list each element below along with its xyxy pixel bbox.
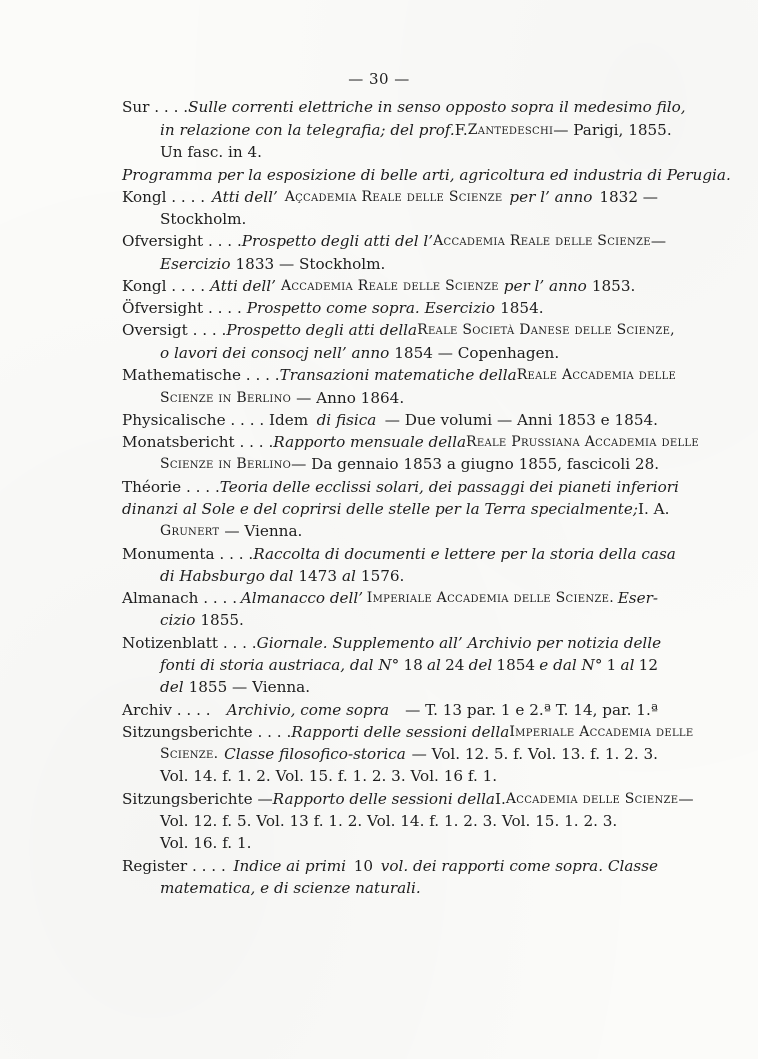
roman-text: I. A.: [638, 498, 669, 520]
italic-text: di Habsburgo dal: [160, 565, 293, 587]
italic-text: Eser-: [618, 587, 658, 609]
italic-text: Atti dell’: [212, 186, 278, 208]
roman-text: 1855 — Vienna.: [189, 676, 311, 698]
roman-text: 1854: [496, 654, 535, 676]
entry-line: Register . . . .Indice ai primi10vol. de…: [122, 855, 658, 877]
small-caps-text: Zantedeschi: [468, 119, 553, 141]
entry-line: dinanzi al Sole e del coprirsi delle ste…: [122, 498, 658, 520]
roman-text: Sur . . . .: [122, 96, 188, 118]
entry-line: Théorie . . . .Teoria delle ecclissi sol…: [122, 476, 658, 498]
italic-text: Almanacco dell’: [241, 587, 363, 609]
roman-text: 1576.: [361, 565, 404, 587]
italic-text: al: [427, 654, 441, 676]
italic-text: Rapporto mensuale della: [273, 431, 466, 453]
roman-text: Vol. 16. f. 1.: [160, 832, 251, 854]
small-caps-text: Reale Prussiana Accademia delle: [466, 431, 699, 453]
roman-text: Almanach . . . .: [122, 587, 237, 609]
scanned-page: — 30 — Sur . . . .Sulle correnti elettri…: [0, 0, 758, 1059]
italic-text: Teoria delle ecclissi solari, dei passag…: [220, 476, 679, 498]
entry-continuation-line: Scienze.Classe filosofico-storica— Vol. …: [160, 743, 658, 765]
roman-text: 1854 — Copenhagen.: [394, 342, 559, 364]
entry-continuation-line: Vol. 16. f. 1.: [160, 832, 658, 854]
roman-text: Vol. 12. f. 5. Vol. 13 f. 1. 2. Vol. 14.…: [160, 810, 617, 832]
roman-text: Register . . . .: [122, 855, 226, 877]
entry-continuation-line: Scienze in Berlino— Anno 1864.: [160, 387, 658, 409]
entry-line: Mathematische . . . .Transazioni matemat…: [122, 364, 658, 386]
entry-continuation-line: del1855 — Vienna.: [160, 676, 658, 698]
small-caps-text: Accademia Reale delle Scienze: [433, 230, 651, 252]
roman-text: Sitzungsberichte —: [122, 788, 273, 810]
entry-line: Sitzungsberichte . . . .Rapporti delle s…: [122, 721, 658, 743]
italic-text: dinanzi al Sole e del coprirsi delle ste…: [122, 498, 638, 520]
small-caps-text: Reale Accademia delle: [517, 364, 676, 386]
roman-text: 1855.: [200, 609, 243, 631]
italic-text: per l’ anno: [509, 186, 592, 208]
roman-text: Kongl . . . .: [122, 275, 205, 297]
entry-continuation-line: di Habsburgo dal1473al1576.: [160, 565, 658, 587]
italic-text: Rapporti delle sessioni della: [291, 721, 509, 743]
roman-text: 12: [639, 654, 658, 676]
italic-text: del: [469, 654, 493, 676]
italic-text: Giornale. Supplemento all’ Archivio per …: [257, 632, 662, 654]
entry-line: Monatsbericht . . . .Rapporto mensuale d…: [122, 431, 658, 453]
italic-text: di fisica: [317, 409, 377, 431]
entry-continuation-line: Un fasc. in 4.: [160, 141, 658, 163]
small-caps-text: Accademia delle Scienze: [506, 788, 679, 810]
entry-continuation-line: Vol. 12. f. 5. Vol. 13 f. 1. 2. Vol. 14.…: [160, 810, 658, 832]
roman-text: Vol. 14. f. 1. 2. Vol. 15. f. 1. 2. 3. V…: [160, 765, 497, 787]
italic-text: Programma per la esposizione di belle ar…: [122, 164, 731, 186]
entry-line: Kongl . . . .Atti dell’Accademia Reale d…: [122, 275, 658, 297]
roman-text: Physicalische . . . . Idem: [122, 409, 308, 431]
small-caps-text: Açcademia Reale delle Scienze: [285, 186, 503, 208]
roman-text: Notizenblatt . . . .: [122, 632, 257, 654]
italic-text: per l’ anno: [504, 275, 587, 297]
entry-continuation-line: o lavori dei consocj nell’ anno1854 — Co…: [160, 342, 658, 364]
entry-line: Notizenblatt . . . .Giornale. Supplement…: [122, 632, 658, 654]
roman-text: 10: [354, 855, 373, 877]
roman-text: 1: [607, 654, 617, 676]
roman-text: Mathematische . . . .: [122, 364, 280, 386]
entry-line: Physicalische . . . . Idemdi fisica— Due…: [122, 409, 658, 431]
italic-text: Prospetto come sopra. Esercizio: [247, 297, 495, 319]
italic-text: matematica, e di scienze naturali.: [160, 877, 421, 899]
roman-text: Archiv . . . .: [122, 699, 211, 721]
entry-continuation-line: Grunert— Vienna.: [160, 520, 658, 542]
entry-line: Archiv . . . .Archivio, come sopra— T. 1…: [122, 699, 658, 721]
small-caps-text: Imperiale Accademia delle: [509, 721, 693, 743]
italic-text: Prospetto degli atti del l’: [242, 230, 433, 252]
small-caps-text: Reale Società Danese delle Scienze,: [417, 319, 675, 341]
roman-text: 1473: [298, 565, 337, 587]
roman-text: — Vienna.: [224, 520, 302, 542]
entry-line: Monumenta . . . .Raccolta di documenti e…: [122, 543, 658, 565]
roman-text: I.: [495, 788, 506, 810]
entry-continuation-line: in relazione con la telegrafia; del prof…: [160, 119, 658, 141]
roman-text: F.: [455, 119, 468, 141]
italic-text: vol. dei rapporti come sopra. Classe: [381, 855, 658, 877]
entry-line: Programma per la esposizione di belle ar…: [122, 164, 658, 186]
roman-text: Oversigt . . . .: [122, 319, 226, 341]
entry-line: Almanach . . . .Almanacco dell’Imperiale…: [122, 587, 658, 609]
entry-continuation-line: Vol. 14. f. 1. 2. Vol. 15. f. 1. 2. 3. V…: [160, 765, 658, 787]
entry-continuation-line: fonti di storia austriaca, dal N°18al24d…: [160, 654, 658, 676]
roman-text: 1832 —: [599, 186, 658, 208]
italic-text: cizio: [160, 609, 195, 631]
entry-continuation-line: Esercizio1833 — Stockholm.: [160, 253, 658, 275]
small-caps-text: Imperiale Accademia delle Scienze.: [367, 587, 614, 609]
roman-text: — T. 13 par. 1 e 2.ª T. 14, par. 1.ª: [405, 699, 658, 721]
italic-text: e dal N°: [539, 654, 602, 676]
roman-text: Monatsbericht . . . .: [122, 431, 273, 453]
roman-text: Un fasc. in 4.: [160, 141, 262, 163]
roman-text: Théorie . . . .: [122, 476, 220, 498]
roman-text: Ofversight . . . .: [122, 230, 242, 252]
entry-continuation-line: Stockholm.: [160, 208, 658, 230]
page-number: — 30 —: [0, 70, 758, 88]
italic-text: Rapporto delle sessioni della: [273, 788, 495, 810]
roman-text: — Parigi, 1855.: [553, 119, 671, 141]
entry-continuation-line: cizio1855.: [160, 609, 658, 631]
roman-text: — Da gennaio 1853 a giugno 1855, fascico…: [291, 453, 659, 475]
roman-text: 18: [403, 654, 422, 676]
entry-line: Oversigt . . . .Prospetto degli atti del…: [122, 319, 658, 341]
roman-text: 1853.: [592, 275, 635, 297]
entry-line: Ofversight . . . .Prospetto degli atti d…: [122, 230, 658, 252]
roman-text: 1833 — Stockholm.: [236, 253, 386, 275]
small-caps-text: Accademia Reale delle Scienze: [281, 275, 499, 297]
entry-continuation-line: Scienze in Berlino— Da gennaio 1853 a gi…: [160, 453, 658, 475]
italic-text: del: [160, 676, 184, 698]
roman-text: — Due volumi — Anni 1853 e 1854.: [385, 409, 658, 431]
roman-text: 1854.: [500, 297, 543, 319]
italic-text: in relazione con la telegrafia; del prof…: [160, 119, 455, 141]
italic-text: Archivio, come sopra: [227, 699, 389, 721]
italic-text: Raccolta di documenti e lettere per la s…: [253, 543, 676, 565]
entry-line: Sur . . . .Sulle correnti elettriche in …: [122, 96, 658, 118]
italic-text: Sulle correnti elettriche in senso oppos…: [188, 96, 686, 118]
italic-text: fonti di storia austriaca, dal N°: [160, 654, 399, 676]
small-caps-text: Scienze in Berlino: [160, 387, 291, 409]
roman-text: —: [678, 788, 693, 810]
entry-line: Kongl . . . .Atti dell’Açcademia Reale d…: [122, 186, 658, 208]
roman-text: Kongl . . . .: [122, 186, 205, 208]
entry-continuation-line: matematica, e di scienze naturali.: [160, 877, 658, 899]
small-caps-text: Scienze in Berlino: [160, 453, 291, 475]
italic-text: Classe filosofico-storica: [224, 743, 406, 765]
roman-text: Öfversight . . . .: [122, 297, 242, 319]
entry-line: Sitzungsberichte —Rapporto delle session…: [122, 788, 658, 810]
italic-text: o lavori dei consocj nell’ anno: [160, 342, 389, 364]
roman-text: 24: [445, 654, 464, 676]
italic-text: al: [621, 654, 635, 676]
italic-text: Prospetto degli atti della: [226, 319, 417, 341]
italic-text: Atti dell’: [210, 275, 276, 297]
roman-text: —: [651, 230, 666, 252]
small-caps-text: Scienze.: [160, 743, 218, 765]
roman-text: Stockholm.: [160, 208, 246, 230]
italic-text: al: [342, 565, 356, 587]
roman-text: — Anno 1864.: [296, 387, 404, 409]
italic-text: Esercizio: [160, 253, 231, 275]
roman-text: Sitzungsberichte . . . .: [122, 721, 291, 743]
italic-text: Indice ai primi: [234, 855, 347, 877]
roman-text: — Vol. 12. 5. f. Vol. 13. f. 1. 2. 3.: [412, 743, 658, 765]
italic-text: Transazioni matematiche della: [280, 364, 517, 386]
roman-text: Monumenta . . . .: [122, 543, 253, 565]
entry-line: Öfversight . . . .Prospetto come sopra. …: [122, 297, 658, 319]
small-caps-text: Grunert: [160, 520, 219, 542]
